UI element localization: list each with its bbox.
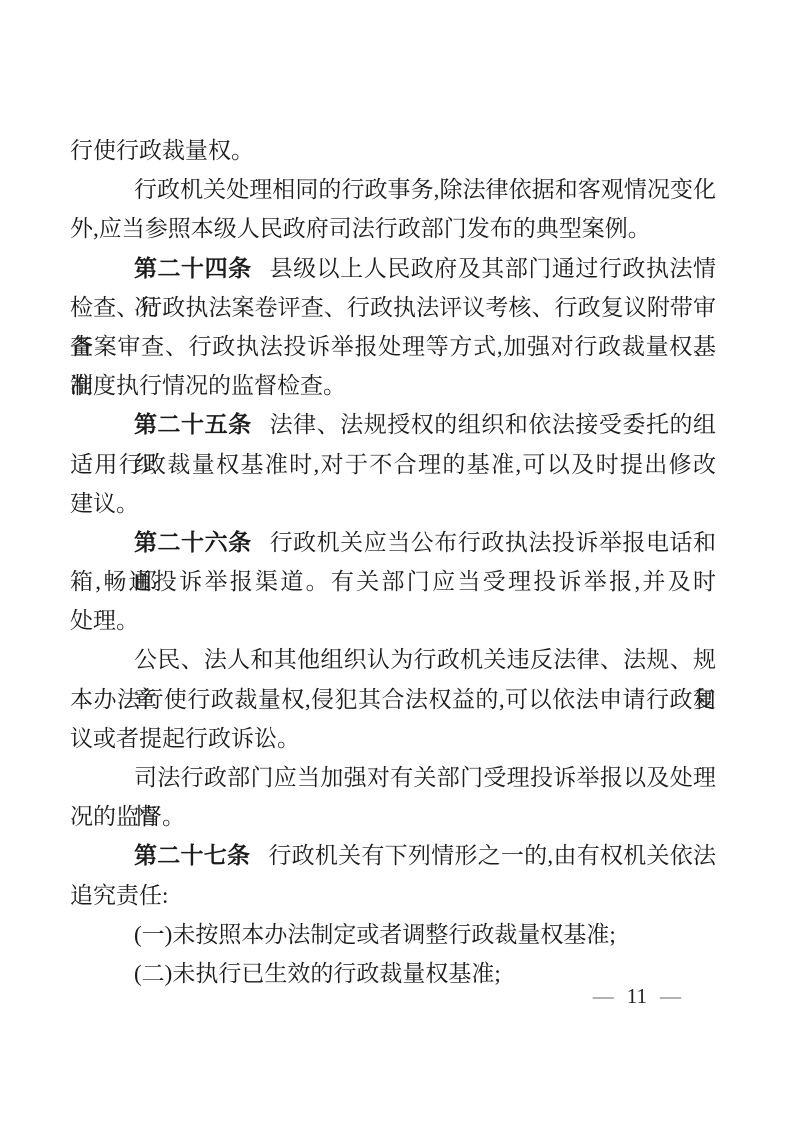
article-27-heading-line: 第二十七条行政机关有下列情形之一的,由有权机关依法 xyxy=(70,836,716,875)
paragraph-line: 处理。 xyxy=(70,601,716,640)
article-number: 第二十七条 xyxy=(134,842,250,868)
paragraph-line: 检查、行政执法案卷评查、行政执法评议考核、行政复议附带审查、 xyxy=(70,288,716,327)
paragraph-line: 行使行政裁量权。 xyxy=(70,131,716,170)
article-number: 第二十五条 xyxy=(134,411,252,437)
footer-dash-left: — xyxy=(593,984,614,1008)
document-body: 行使行政裁量权。 行政机关处理相同的行政事务,除法律依据和客观情况变化 外,应当… xyxy=(70,131,716,993)
article-25-heading-line: 第二十五条法律、法规授权的组织和依法接受委托的组织 xyxy=(70,405,716,444)
article-number: 第二十四条 xyxy=(134,255,252,281)
article-text: 行政机关有下列情形之一的,由有权机关依法 xyxy=(268,843,716,868)
paragraph-line: 箱,畅通投诉举报渠道。有关部门应当受理投诉举报,并及时 xyxy=(70,562,716,601)
paragraph-line: 外,应当参照本级人民政府司法行政部门发布的典型案例。 xyxy=(70,209,716,248)
article-number: 第二十六条 xyxy=(134,529,252,555)
paragraph-line: 追究责任: xyxy=(70,876,716,915)
page-number-footer: — 11 — xyxy=(593,984,681,1008)
page-number: 11 xyxy=(627,984,647,1008)
paragraph-line: 议或者提起行政诉讼。 xyxy=(70,719,716,758)
document-page: 行使行政裁量权。 行政机关处理相同的行政事务,除法律依据和客观情况变化 外,应当… xyxy=(0,0,793,1122)
list-item-line: (一)未按照本办法制定或者调整行政裁量权基准; xyxy=(70,915,716,954)
paragraph-line: 适用行政裁量权基准时,对于不合理的基准,可以及时提出修改 xyxy=(70,445,716,484)
paragraph-line: 备案审查、行政执法投诉举报处理等方式,加强对行政裁量权基准 xyxy=(70,327,716,366)
paragraph-line: 公民、法人和其他组织认为行政机关违反法律、法规、规章和 xyxy=(70,640,716,679)
paragraph-line: 司法行政部门应当加强对有关部门受理投诉举报以及处理情 xyxy=(70,758,716,797)
paragraph-line: 建议。 xyxy=(70,484,716,523)
article-24-heading-line: 第二十四条县级以上人民政府及其部门通过行政执法情况 xyxy=(70,249,716,288)
paragraph-line: 本办法行使行政裁量权,侵犯其合法权益的,可以依法申请行政复 xyxy=(70,680,716,719)
article-26-heading-line: 第二十六条行政机关应当公布行政执法投诉举报电话和邮 xyxy=(70,523,716,562)
footer-dash-right: — xyxy=(660,984,681,1008)
paragraph-line: 行政机关处理相同的行政事务,除法律依据和客观情况变化 xyxy=(70,170,716,209)
paragraph-line: 制度执行情况的监督检查。 xyxy=(70,366,716,405)
paragraph-line: 况的监督。 xyxy=(70,797,716,836)
